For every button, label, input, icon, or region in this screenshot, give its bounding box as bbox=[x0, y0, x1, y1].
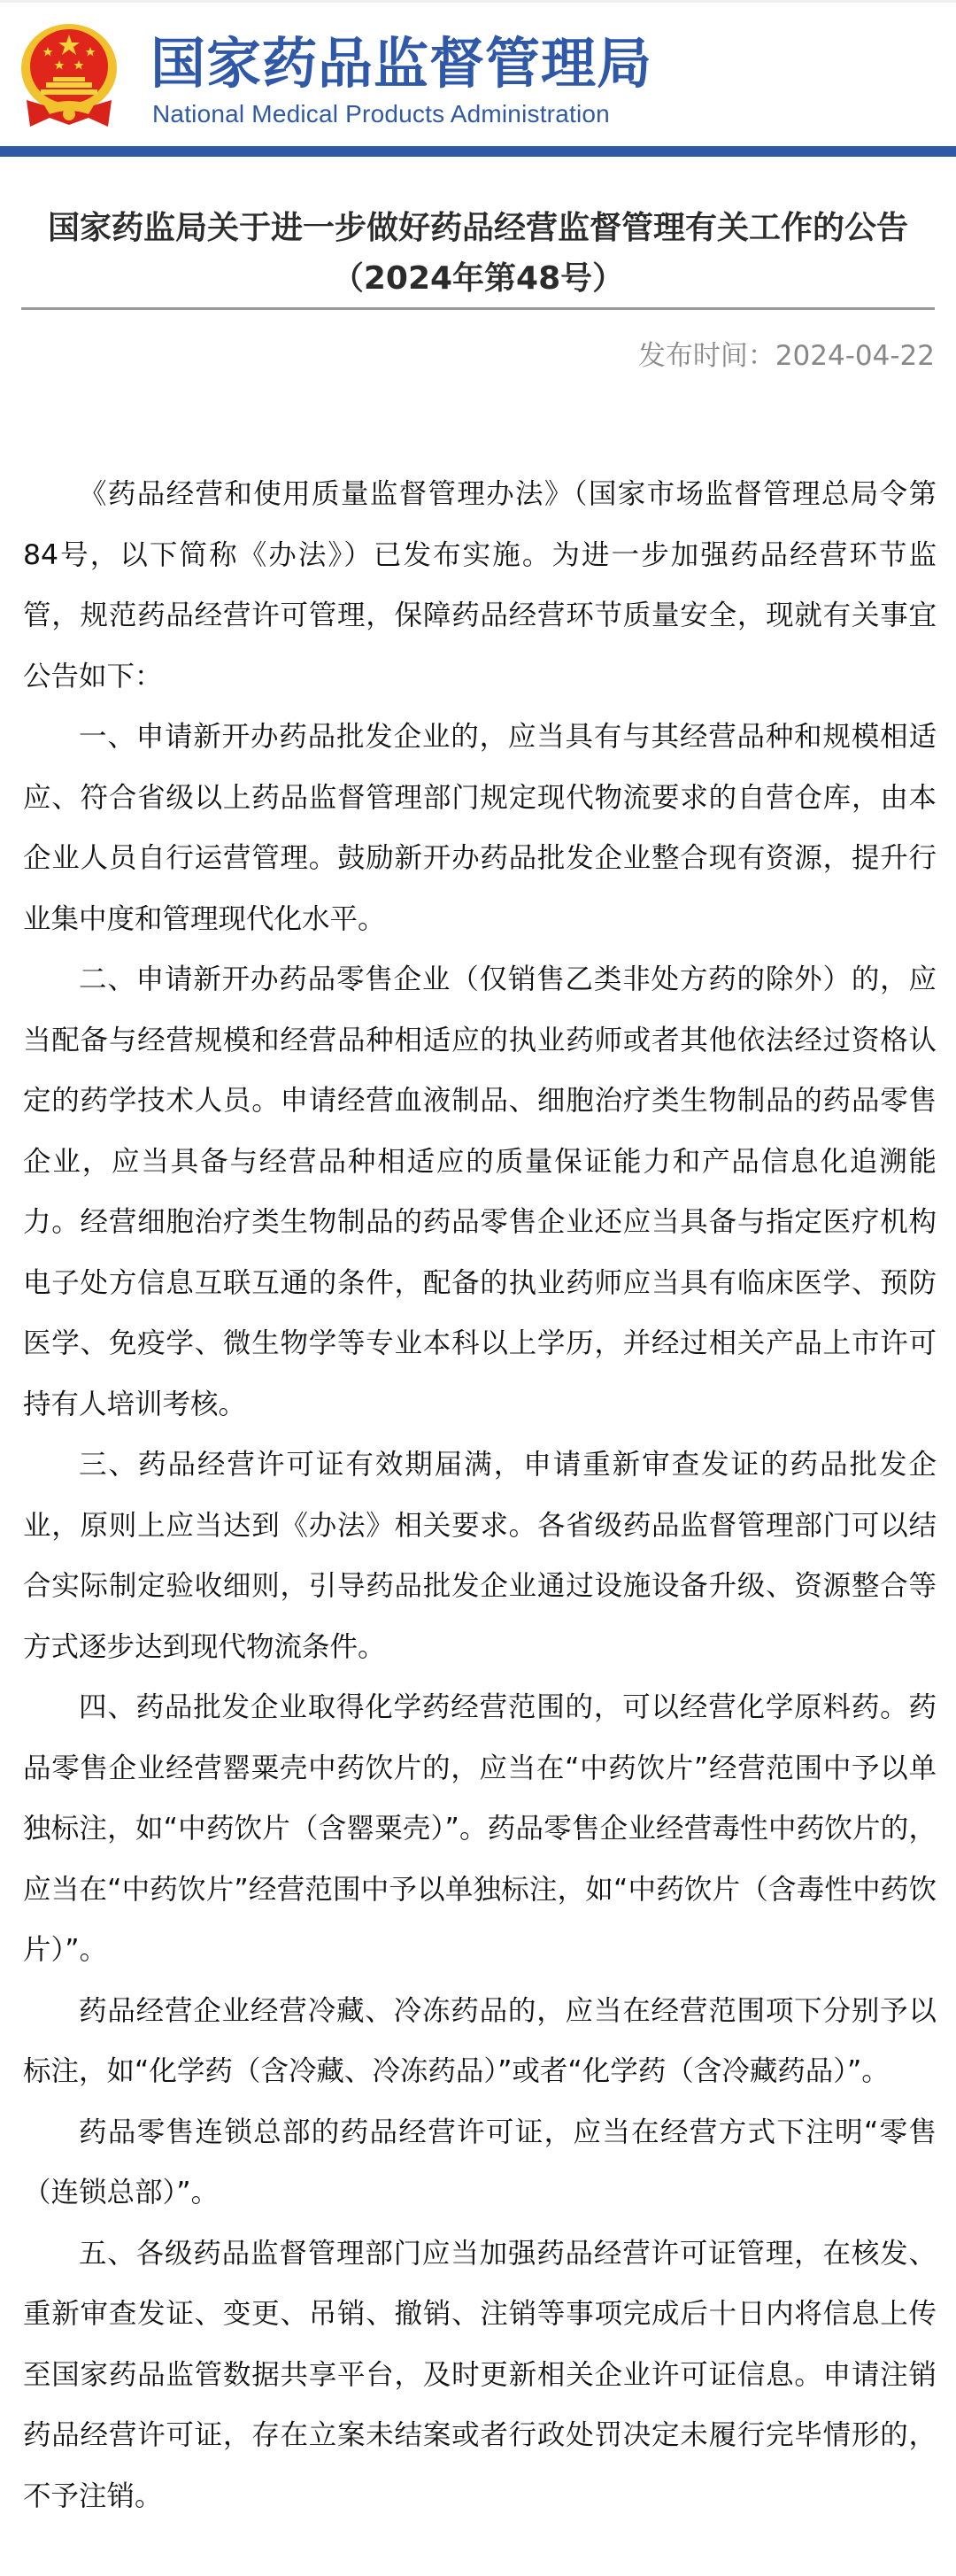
paragraph-item-4-cold-chain: 药品经营企业经营冷藏、冷冻药品的，应当在经营范围项下分别予以标注，如“化学药（含… bbox=[23, 1981, 937, 2102]
paragraph-item-3: 三、药品经营许可证有效期届满，申请重新审查发证的药品批发企业，原则上应当达到《办… bbox=[23, 1435, 937, 1677]
publish-date: 2024-04-22 bbox=[775, 340, 935, 372]
article-title: 国家药监局关于进一步做好药品经营监督管理有关工作的公告（2024年第48号） bbox=[21, 203, 935, 304]
paragraph-item-2: 二、申请新开办药品零售企业（仅销售乙类非处方药的除外）的，应当配备与经营规模和经… bbox=[23, 949, 937, 1435]
header-accent-bar bbox=[0, 146, 956, 157]
national-emblem-icon[interactable] bbox=[18, 22, 120, 132]
title-divider bbox=[21, 307, 935, 310]
publish-label: 发布时间： bbox=[638, 340, 775, 372]
paragraph-item-5: 五、各级药品监督管理部门应当加强药品经营许可证管理，在核发、重新审查发证、变更、… bbox=[23, 2224, 937, 2527]
org-name-cn[interactable]: 国家药品监督管理局 bbox=[150, 33, 652, 95]
paragraph-item-1: 一、申请新开办药品批发企业的，应当具有与其经营品种和规模相适应、符合省级以上药品… bbox=[23, 707, 937, 949]
org-name-en[interactable]: National Medical Products Administration bbox=[152, 100, 610, 128]
paragraph-intro: 《药品经营和使用质量监督管理办法》（国家市场监督管理总局令第84号，以下简称《办… bbox=[23, 464, 937, 707]
site-header: 国家药品监督管理局 National Medical Products Admi… bbox=[0, 3, 956, 146]
paragraph-item-4: 四、药品批发企业取得化学药经营范围的，可以经营化学原料药。药品零售企业经营罂粟壳… bbox=[23, 1677, 937, 1981]
article-body: 《药品经营和使用质量监督管理办法》（国家市场监督管理总局令第84号，以下简称《办… bbox=[23, 464, 937, 2526]
publish-info: 发布时间：2024-04-22 bbox=[638, 333, 935, 373]
paragraph-item-4-chain-hq: 药品零售连锁总部的药品经营许可证，应当在经营方式下注明“零售（连锁总部）”。 bbox=[23, 2102, 937, 2224]
